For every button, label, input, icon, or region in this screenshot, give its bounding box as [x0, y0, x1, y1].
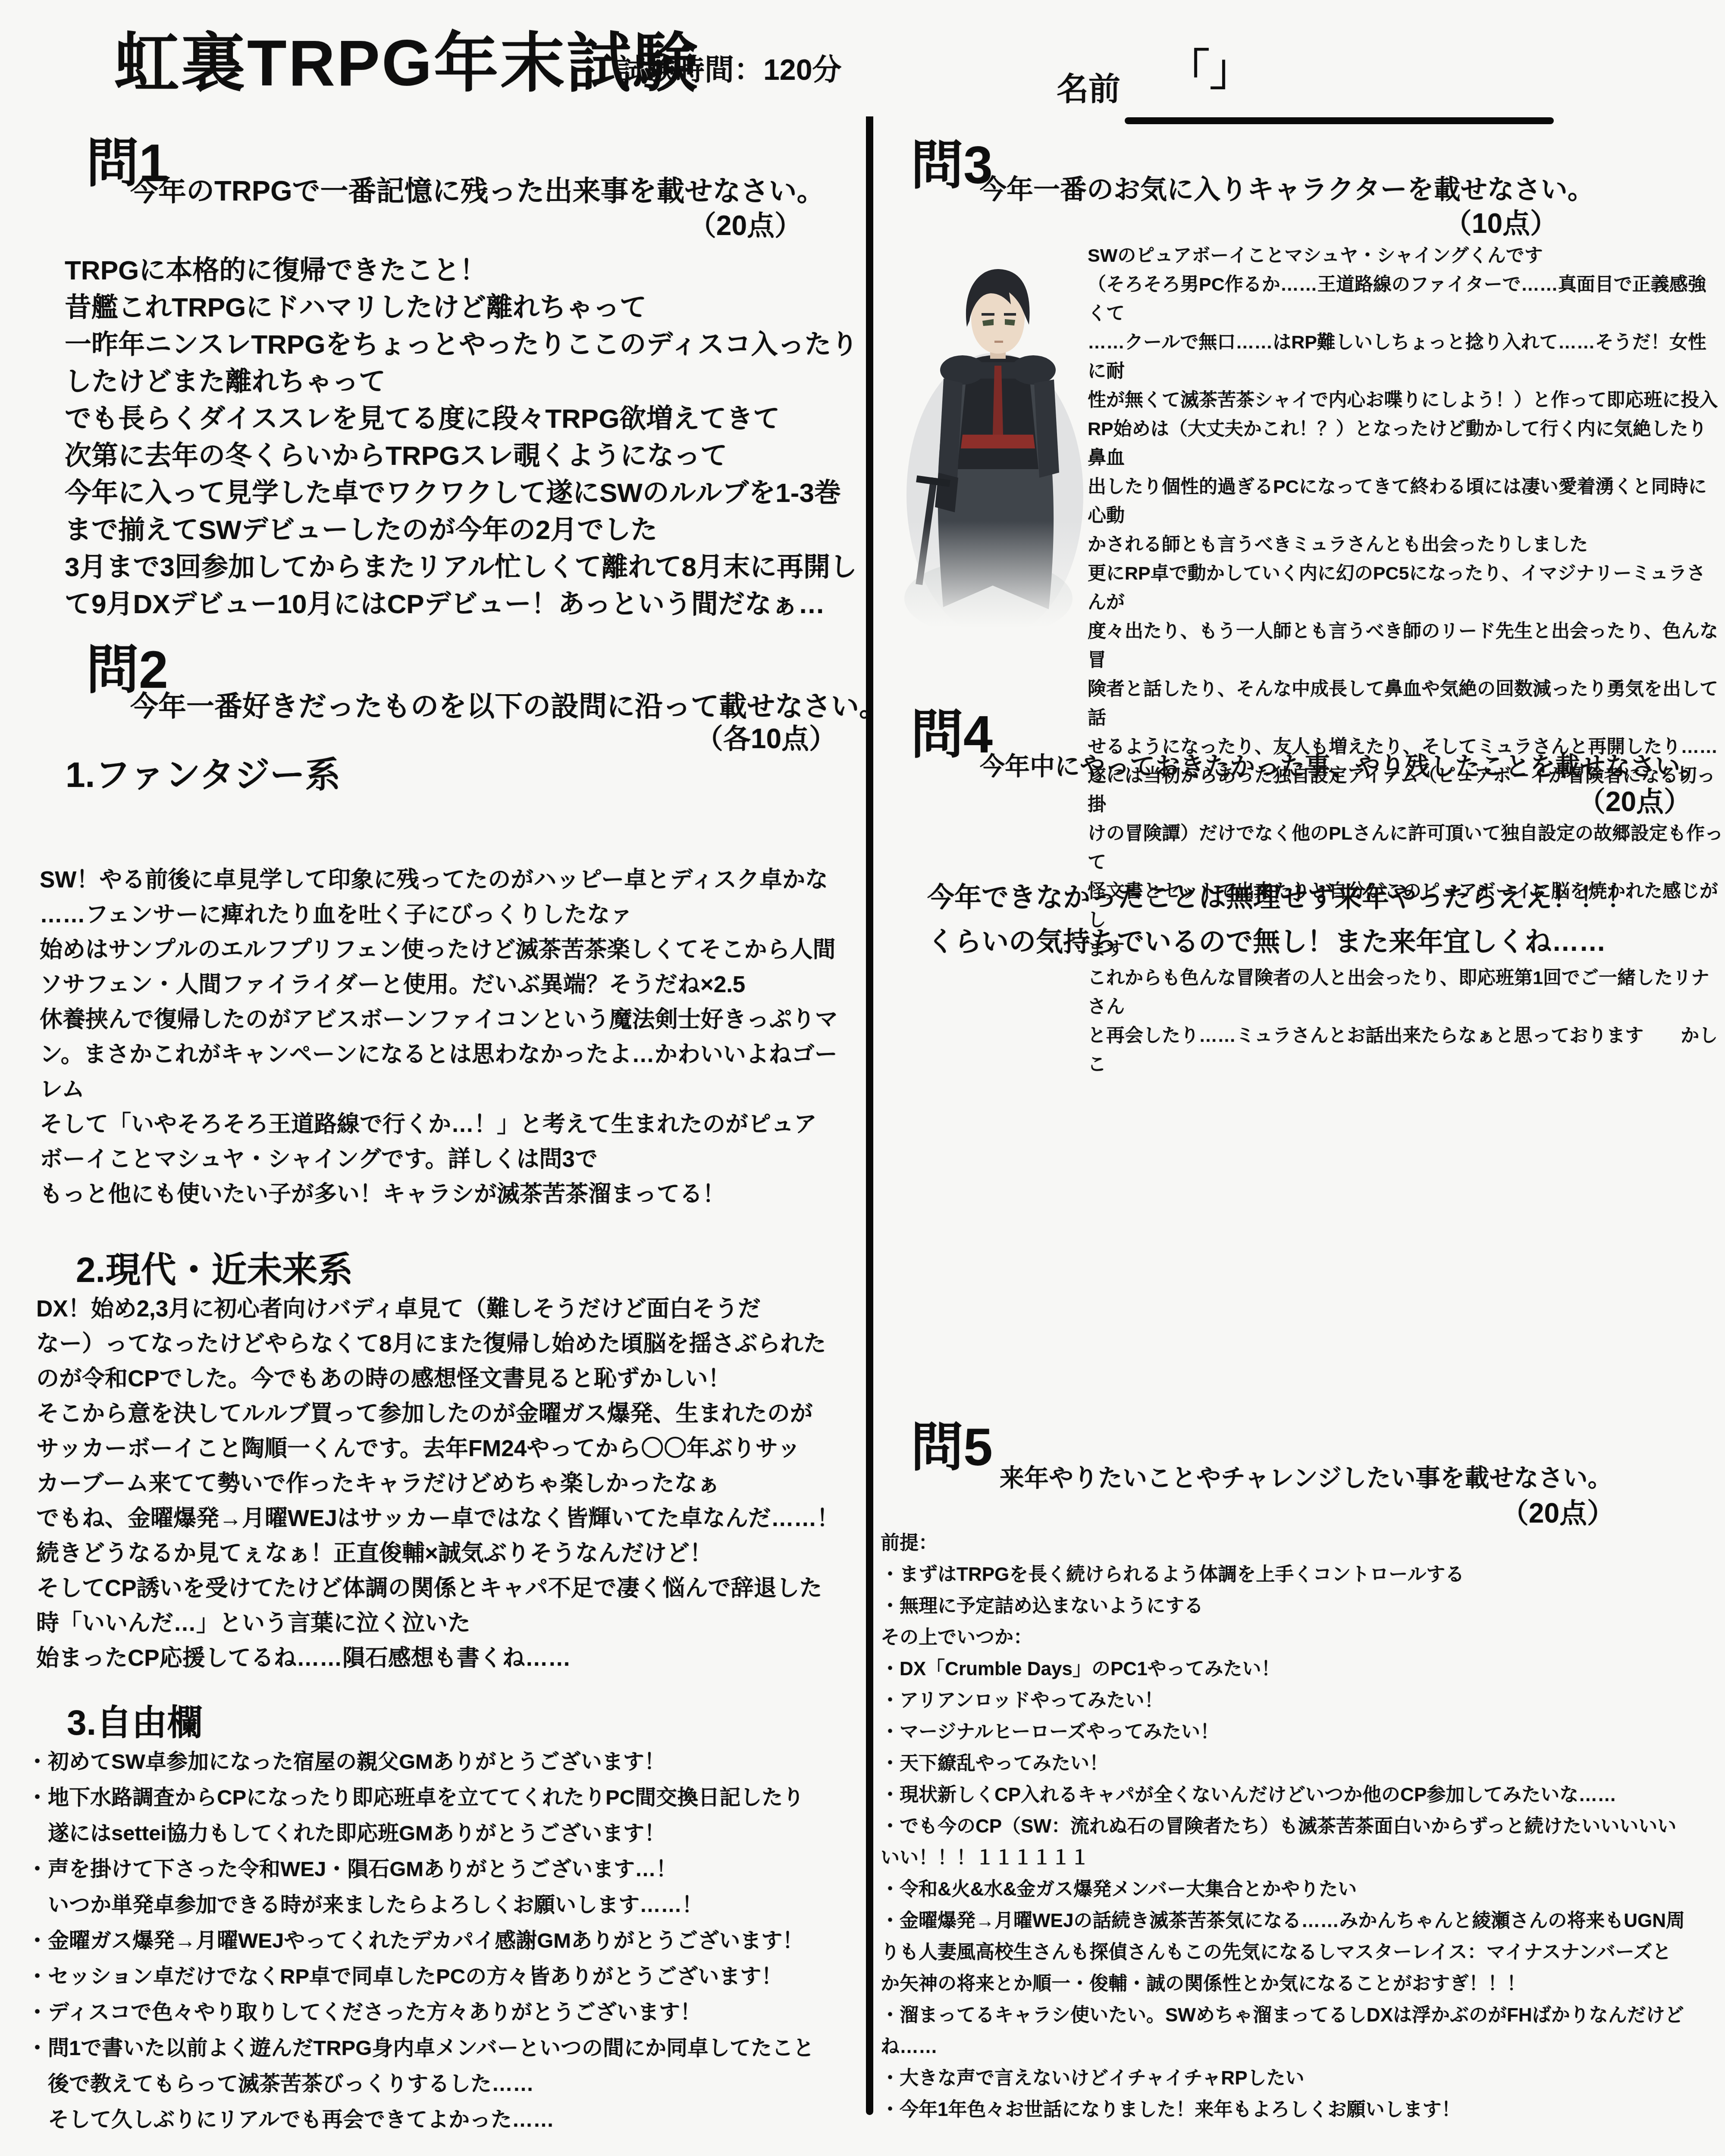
q2-sub1-answer: SW！やる前後に卓見学して印象に残ってたのがハッピー卓とディスク卓かな ……フェ… [40, 862, 838, 1212]
q4-points: （20点） [980, 780, 1691, 819]
exam-sheet: 虹裏TRPG年末試験 試験時間：120分 名前 「」 問1 今年のTRPGで一番… [0, 0, 1725, 2156]
q2-sub2-answer: DX！始め2,3月に初心者向けバディ卓見て（難しそうだけど面白そうだ なー）って… [36, 1291, 840, 1676]
q5-points: （20点） [1000, 1491, 1615, 1531]
page-title: 虹裏TRPG年末試験 [114, 11, 699, 104]
character-illustration [902, 236, 1094, 647]
q1-question: 今年のTRPGで一番記憶に残った出来事を載せなさい。 [130, 168, 825, 209]
q5-label: 問5 [911, 1405, 993, 1480]
column-divider [866, 116, 873, 2115]
name-field-label: 名前 [1057, 64, 1120, 110]
q2-sub3-heading: 3.自由欄 [67, 1695, 202, 1745]
exam-time-label: 試験時間：120分 [617, 47, 841, 88]
q3-points: （10点） [980, 201, 1558, 241]
q2-sub1-heading: 1.ファンタジー系 [66, 747, 340, 797]
name-field-value: 「」 [1167, 35, 1253, 97]
q5-question: 来年やりたいことやチャレンジしたい事を載せなさい。 [1000, 1458, 1612, 1494]
q1-points: （20点） [129, 204, 802, 243]
name-underline [1125, 117, 1554, 124]
character-illustration-svg [902, 236, 1094, 647]
q2-sub2-heading: 2.現代・近未来系 [76, 1242, 353, 1292]
q5-answer: 前提： ・まずはTRPGを長く続けられるよう体調を上手くコントロールする ・無理… [881, 1527, 1724, 2125]
q2-sub3-answer: ・初めてSW卓参加になった宿屋の親父GMありがとうございます！ ・地下水路調査か… [27, 1744, 814, 2138]
q4-answer: 今年できなかったことは無理せず来年やったらええ！！！ くらいの気持ちでいるので無… [927, 875, 1634, 964]
q1-answer: TRPGに本格的に復帰できたこと！ 昔艦これTRPGにドハマリしたけど離れちゃっ… [65, 252, 858, 623]
q3-question: 今年一番のお気に入りキャラクターを載せなさい。 [980, 168, 1594, 207]
q4-question: 今年中にやっておきたかった事、やり残したことを載せなさい。 [980, 746, 1705, 782]
